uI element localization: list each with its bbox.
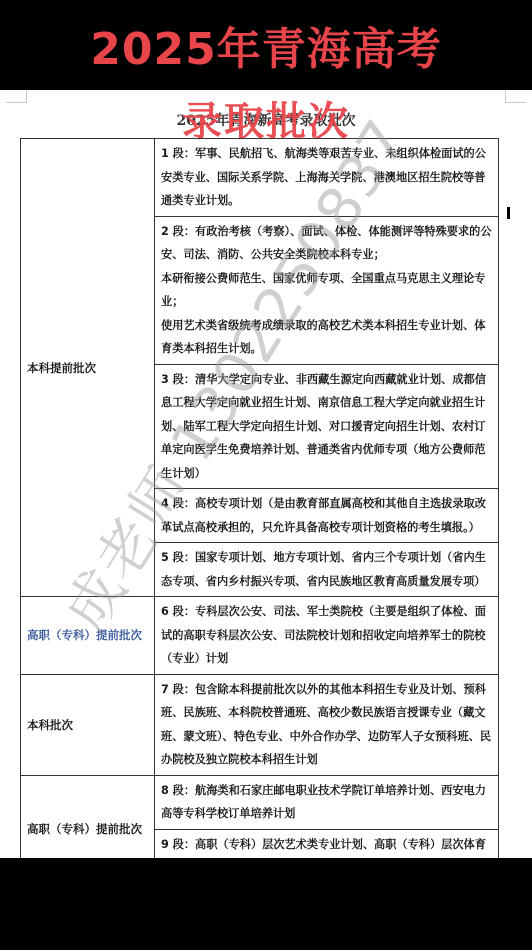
admission-batch-table: 本科提前批次 1 段：军事、民航招飞、航海类等艰苦专业、未组织体检面试的公安类专… xyxy=(20,138,499,914)
segment-cell: 7 段：包含除本科提前批次以外的其他本科招生专业及计划、预科班、民族班、本科院校… xyxy=(155,674,499,775)
batch-label: 本科提前批次 xyxy=(21,139,155,597)
segment-cell: 6 段：专科层次公安、司法、军士类院校（主要是组织了体检、面试的高职专科层次公安… xyxy=(155,597,499,675)
table-row: 本科批次 7 段：包含除本科提前批次以外的其他本科招生专业及计划、预科班、民族班… xyxy=(21,674,499,775)
table-row: 高职（专科）提前批次 8 段：航海类和石家庄邮电职业技术学院订单培养计划、西安电… xyxy=(21,775,499,829)
segment-cell: 2 段：有政治考核（考察）、面试、体检、体能测评等特殊要求的公安、司法、消防、公… xyxy=(155,216,499,364)
bottom-banner xyxy=(0,858,532,950)
top-banner: 2025年青海高考 xyxy=(0,0,532,90)
batch-label: 高职（专科）提前批次 xyxy=(21,597,155,675)
table-row: 本科提前批次 1 段：军事、民航招飞、航海类等艰苦专业、未组织体检面试的公安类专… xyxy=(21,139,499,217)
table-row: 高职（专科）提前批次 6 段：专科层次公安、司法、军士类院校（主要是组织了体检、… xyxy=(21,597,499,675)
document-page: 2025年青海新高考录取批次 录取批次 本科提前批次 1 段：军事、民航招飞、航… xyxy=(0,90,532,858)
segment-cell: 4 段：高校专项计划（是由教育部直属高校和其他自主选拔录取改革试点高校承担的，只… xyxy=(155,489,499,543)
batch-label: 本科批次 xyxy=(21,674,155,775)
main-title: 2025年青海高考 xyxy=(90,13,441,77)
segment-cell: 1 段：军事、民航招飞、航海类等艰苦专业、未组织体检面试的公安类专业、国际关系学… xyxy=(155,139,499,217)
segment-cell: 8 段：航海类和石家庄邮电职业技术学院订单培养计划、西安电力高等专科学校订单培养… xyxy=(155,775,499,829)
page-edge-mark xyxy=(507,207,510,219)
segment-cell: 5 段：国家专项计划、地方专项计划、省内三个专项计划（省内生态专项、省内乡村振兴… xyxy=(155,543,499,597)
segment-cell: 3 段：清华大学定向专业、非西藏生源定向西藏就业计划、成都信息工程大学定向就业招… xyxy=(155,364,499,489)
